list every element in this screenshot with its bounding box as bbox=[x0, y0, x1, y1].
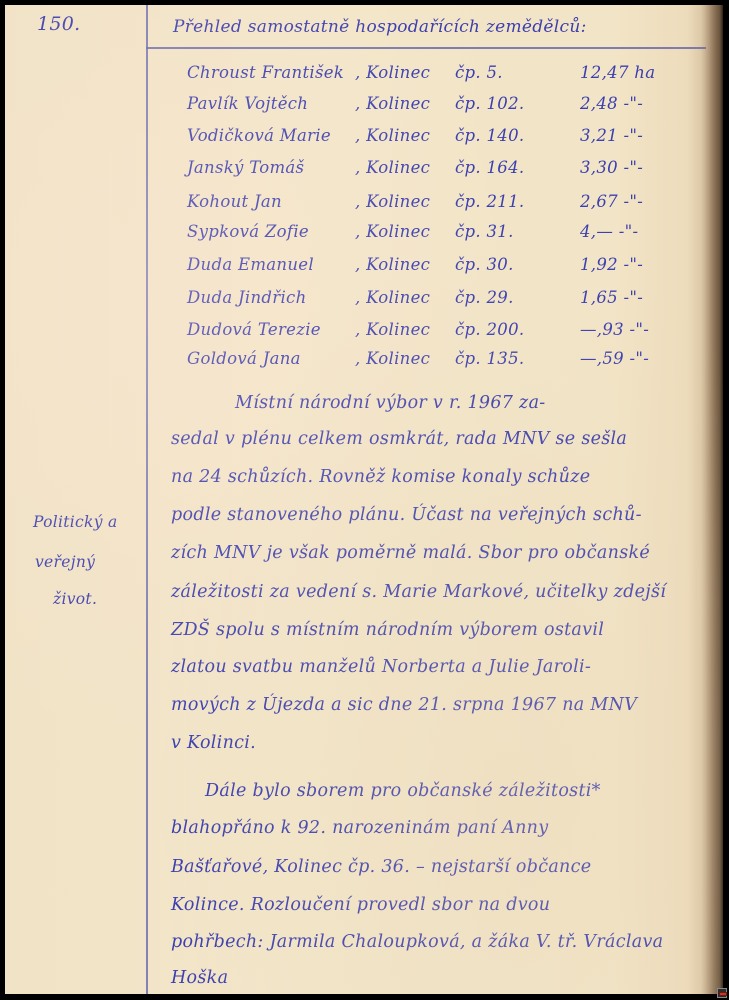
title-underline-rule bbox=[146, 47, 706, 49]
farmer-name: Pavlík Vojtěch bbox=[187, 94, 308, 113]
farmer-house-number: čp. 211. bbox=[455, 192, 524, 211]
farmer-village: , Kolinec bbox=[355, 222, 430, 241]
farmer-house-number: čp. 164. bbox=[455, 158, 524, 177]
scan-frame: 150. Přehled samostatně hospodařících ze… bbox=[0, 0, 729, 1000]
farmer-name: Chroust František bbox=[187, 63, 344, 82]
farmer-area: 12,47 ha bbox=[580, 63, 655, 82]
paragraph-line: blahopřáno k 92. narozeninám paní Anny bbox=[171, 818, 548, 838]
farmer-area: 2,48 -"- bbox=[580, 94, 643, 113]
farmer-village: , Kolinec bbox=[355, 158, 430, 177]
list-item: Pavlík Vojtěch , Kolinec čp. 102. 2,48 -… bbox=[5, 94, 723, 124]
margin-note-line: život. bbox=[53, 590, 97, 608]
paragraph-line: Hoška bbox=[171, 968, 228, 988]
farmer-name: Vodičková Marie bbox=[187, 126, 331, 145]
farmer-house-number: čp. 135. bbox=[455, 349, 524, 368]
minimize-icon bbox=[719, 992, 727, 996]
list-item: Vodičková Marie , Kolinec čp. 140. 3,21 … bbox=[5, 126, 723, 156]
paragraph-line: v Kolinci. bbox=[171, 733, 256, 753]
farmer-name: Dudová Terezie bbox=[187, 320, 321, 339]
farmer-house-number: čp. 5. bbox=[455, 63, 503, 82]
list-item: Kohout Jan , Kolinec čp. 211. 2,67 -"- bbox=[5, 192, 723, 222]
farmer-village: , Kolinec bbox=[355, 288, 430, 307]
list-item: Duda Jindřich , Kolinec čp. 29. 1,65 -"- bbox=[5, 288, 723, 318]
paragraph-line: ZDŠ spolu s místním národním výborem ost… bbox=[171, 620, 604, 640]
farmer-name: Janský Tomáš bbox=[187, 158, 304, 177]
paragraph-line: zlatou svatbu manželů Norberta a Julie J… bbox=[171, 657, 591, 677]
paragraph-line: mových z Újezda a sic dne 21. srpna 1967… bbox=[171, 695, 637, 715]
farmer-area: 3,30 -"- bbox=[580, 158, 643, 177]
farmer-name: Sypková Zofie bbox=[187, 222, 309, 241]
farmer-area: 4,— -"- bbox=[580, 222, 638, 241]
margin-note-line: Politický a bbox=[33, 513, 118, 531]
paragraph-line: na 24 schůzích. Rovněž komise konaly sch… bbox=[171, 467, 590, 487]
farmer-house-number: čp. 140. bbox=[455, 126, 524, 145]
paragraph-line: podle stanoveného plánu. Účast na veřejn… bbox=[171, 505, 642, 525]
farmer-name: Kohout Jan bbox=[187, 192, 282, 211]
list-item: Goldová Jana , Kolinec čp. 135. —,59 -"- bbox=[5, 349, 723, 379]
paragraph-line: Místní národní výbor v r. 1967 za- bbox=[235, 393, 546, 413]
farmer-name: Duda Jindřich bbox=[187, 288, 307, 307]
farmer-village: , Kolinec bbox=[355, 126, 430, 145]
farmer-house-number: čp. 31. bbox=[455, 222, 514, 241]
list-item: Chroust František , Kolinec čp. 5. 12,47… bbox=[5, 63, 723, 93]
farmer-house-number: čp. 29. bbox=[455, 288, 514, 307]
farmer-village: , Kolinec bbox=[355, 320, 430, 339]
paragraph-line: Dále bylo sborem pro občanské záležitost… bbox=[205, 781, 601, 801]
minimize-button[interactable] bbox=[717, 988, 727, 998]
section-title: Přehled samostatně hospodařících zeměděl… bbox=[173, 17, 587, 37]
list-item: Sypková Zofie , Kolinec čp. 31. 4,— -"- bbox=[5, 222, 723, 252]
chronicle-page: 150. Přehled samostatně hospodařících ze… bbox=[5, 5, 723, 994]
farmer-name: Duda Emanuel bbox=[187, 255, 314, 274]
farmer-area: 1,65 -"- bbox=[580, 288, 643, 307]
paragraph-line: záležitosti za vedení s. Marie Markové, … bbox=[171, 582, 666, 602]
farmer-village: , Kolinec bbox=[355, 192, 430, 211]
farmer-village: , Kolinec bbox=[355, 94, 430, 113]
farmer-village: , Kolinec bbox=[355, 63, 430, 82]
farmer-area: 2,67 -"- bbox=[580, 192, 643, 211]
paragraph-line: zích MNV je však poměrně malá. Sbor pro … bbox=[171, 543, 650, 563]
list-item: Janský Tomáš , Kolinec čp. 164. 3,30 -"- bbox=[5, 158, 723, 188]
paragraph-line: pohřbech: Jarmila Chaloupková, a žáka V.… bbox=[171, 932, 663, 952]
farmer-house-number: čp. 102. bbox=[455, 94, 524, 113]
farmer-name: Goldová Jana bbox=[187, 349, 301, 368]
paragraph-line: Kolince. Rozloučení provedl sbor na dvou bbox=[171, 895, 550, 915]
list-item: Duda Emanuel , Kolinec čp. 30. 1,92 -"- bbox=[5, 255, 723, 285]
farmer-house-number: čp. 30. bbox=[455, 255, 514, 274]
margin-note-line: veřejný bbox=[35, 553, 95, 571]
farmer-village: , Kolinec bbox=[355, 255, 430, 274]
farmer-house-number: čp. 200. bbox=[455, 320, 524, 339]
paragraph-line: Bašťařové, Kolinec čp. 36. – nejstarší o… bbox=[171, 857, 591, 877]
page-number: 150. bbox=[37, 13, 81, 35]
farmer-area: —,93 -"- bbox=[580, 320, 649, 339]
farmer-area: 1,92 -"- bbox=[580, 255, 643, 274]
farmer-village: , Kolinec bbox=[355, 349, 430, 368]
farmer-area: 3,21 -"- bbox=[580, 126, 643, 145]
list-item: Dudová Terezie , Kolinec čp. 200. —,93 -… bbox=[5, 320, 723, 350]
farmer-area: —,59 -"- bbox=[580, 349, 649, 368]
paragraph-line: sedal v plénu celkem osmkrát, rada MNV s… bbox=[171, 429, 627, 449]
